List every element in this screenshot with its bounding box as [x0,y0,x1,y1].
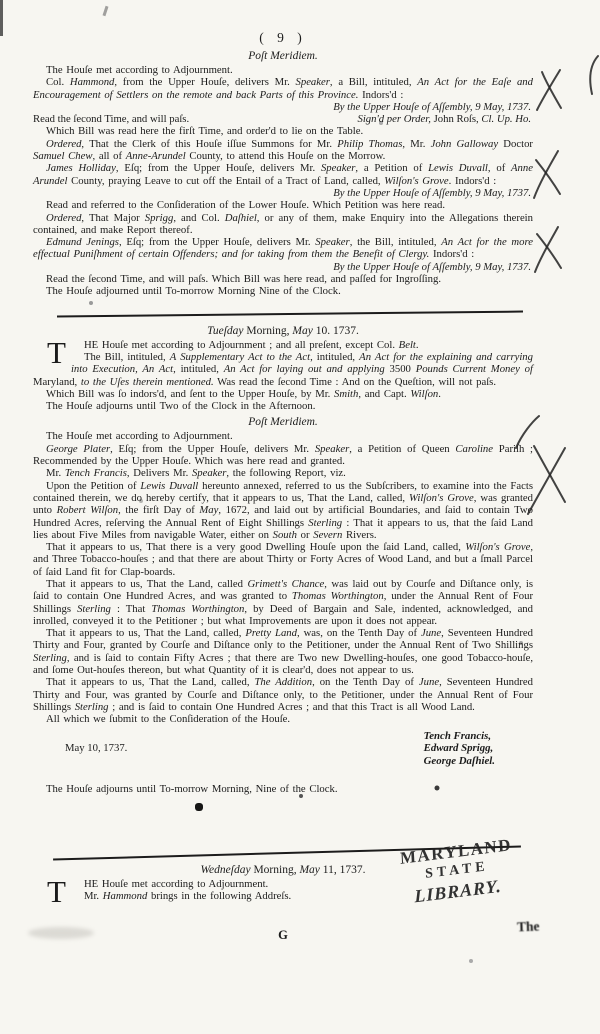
paragraph: The Houſe adjourns until To-morrow Morni… [33,783,533,795]
signature-name: Tench Francis, [424,730,495,743]
paragraph: Ordered, That Major Sprigg, and Col. Daſ… [33,212,533,237]
line-right-attribution: By the Upper Houſe of Aſſembly, 9 May, 1… [333,261,531,273]
pen-stroke [514,414,540,450]
paragraph: That it appears to us, That the Land, ca… [33,676,533,713]
page-number: ( 9 ) [33,30,533,46]
paragraph: That it appears to us, That the Land, ca… [33,627,533,676]
paragraph: That it appears to us, That there is a v… [33,541,533,578]
signature-mark: G [33,928,533,943]
split-line: By the Upper Houſe of Aſſembly, 9 May, 1… [33,261,533,273]
line-right-attribution: By the Upper Houſe of Aſſembly, 9 May, 1… [333,101,531,113]
paragraph: The Houſe adjourns until Two of the Cloc… [33,400,533,412]
report-date: May 10, 1737. [65,742,127,754]
section-heading: Poſt Meridiem. [33,50,533,62]
paragraph: Upon the Petition of Lewis Duvall hereun… [33,480,533,541]
paragraph: Read the ſecond Time, and will paſs. Whi… [33,273,533,285]
paragraph: The Bill, intituled, A Supplementary Act… [33,351,533,388]
line-right-attribution: By the Upper Houſe of Aſſembly, 9 May, 1… [333,187,531,199]
paragraph: The Houſe met according to Adjournment. [33,430,533,442]
line-left: Read the ſecond Time, and will paſs. [33,113,189,125]
split-line: Read the ſecond Time, and will paſs.Sign… [33,113,533,125]
text-column: Poſt Meridiem.The Houſe met according to… [33,50,533,795]
committee-signatures: Tench Francis,Edward Sprigg,George Daſhi… [424,730,495,768]
paragraph-dropcap: THE Houſe met according to Adjournment ;… [33,339,533,351]
paragraph: Which Bill was read here the firſt Time,… [33,125,533,137]
page-edge-mark [0,0,3,36]
pen-stroke [586,54,600,98]
section-heading: Tueſday Morning, May 10. 1737. [33,325,533,337]
split-line: By the Upper Houſe of Aſſembly, 9 May, 1… [33,187,533,199]
signature-block: May 10, 1737.Tench Francis,Edward Sprigg… [33,730,533,768]
paragraph: That it appears to us, That the Land, ca… [33,578,533,627]
paragraph: George Plater, Eſq; from the Upper Houſe… [33,443,533,468]
drop-cap-initial: T [33,339,71,365]
paragraph: All which we ſubmit to the Conſideration… [33,713,533,725]
signature-name: George Daſhiel. [424,755,495,768]
scan-artifact [103,6,109,16]
paragraph: Which Bill was ſo indors'd, and ſent to … [33,388,533,400]
paragraph: Ordered, That the Clerk of this Houſe iſ… [33,138,533,163]
drop-cap-initial: T [33,878,71,904]
section-rule [57,310,523,317]
paragraph: James Holliday, Eſq; from the Upper Houſ… [33,162,533,187]
line-right-attribution: Sign'd per Order, John Roſs, Cl. Up. Ho. [357,113,531,125]
section-heading: Poſt Meridiem. [33,416,533,428]
split-line: By the Upper Houſe of Aſſembly, 9 May, 1… [33,101,533,113]
paragraph: Read and referred to the Conſideration o… [33,199,533,211]
page-body: ( 9 ) Poſt Meridiem.The Houſe met accord… [33,30,533,795]
handwritten-x-mark [524,438,572,518]
paragraph: Edmund Jenings, Eſq; from the Upper Houſ… [33,236,533,261]
paragraph: Col. Hammond, from the Upper Houſe, deli… [33,76,533,101]
catchword: The [517,919,540,936]
paragraph: Mr. Tench Francis, Delivers Mr. Speaker,… [33,467,533,479]
handwritten-x-mark [530,148,564,200]
handwritten-x-mark [531,224,565,274]
signature-name: Edward Sprigg, [424,742,495,755]
paragraph: The Houſe adjourned until To-morrow Morn… [33,285,533,297]
handwritten-x-mark [534,66,566,114]
paragraph: The Houſe met according to Adjournment. [33,64,533,76]
